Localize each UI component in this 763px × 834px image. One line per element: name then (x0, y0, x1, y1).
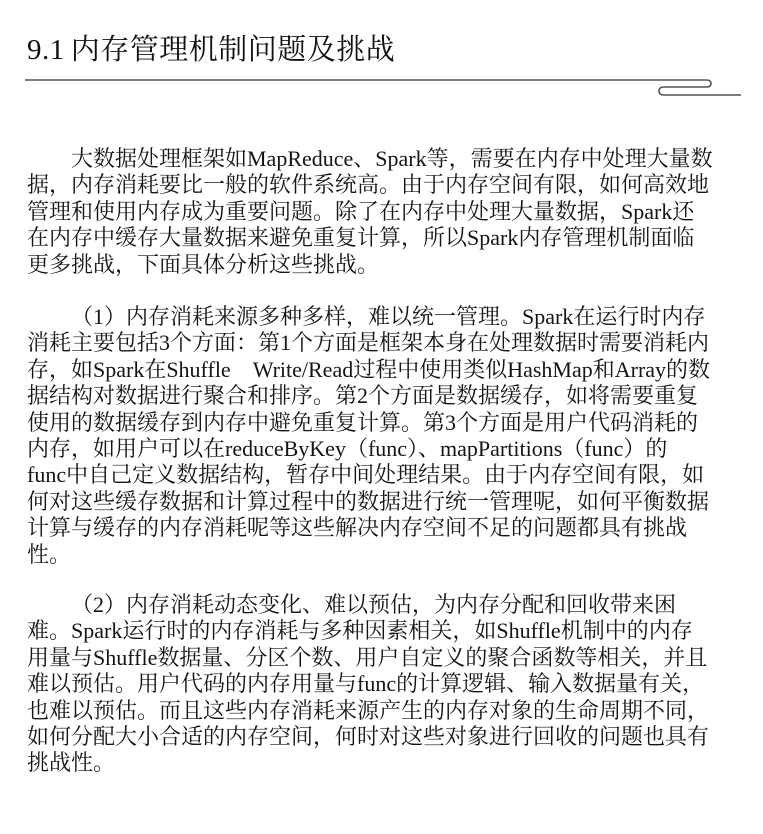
text-line: 据，内存消耗要比一般的软件系统高。由于内存空间有限，如何高效地 (27, 172, 747, 198)
text-line: 也难以预估。而且这些内存消耗来源产生的内存对象的生命周期不同， (27, 698, 747, 724)
text-line: 用量与Shuffle数据量、分区个数、用户自定义的聚合函数等相关，并且 (27, 645, 747, 671)
paragraph-intro: 大数据处理框架如MapReduce、Spark等，需要在内存中处理大量数 据，内… (27, 146, 747, 278)
paragraph-challenge-2: （2）内存消耗动态变化、难以预估，为内存分配和回收带来困 难。Spark运行时的… (27, 592, 747, 777)
text-line: 何对这些缓存数据和计算过程中的数据进行统一管理呢，如何平衡数据 (27, 489, 747, 515)
title-underline-decoration (0, 0, 763, 110)
text-line: （1）内存消耗来源多种多样，难以统一管理。Spark在运行时内存 (27, 304, 747, 330)
text-line: 难以预估。用户代码的内存用量与func的计算逻辑、输入数据量有关， (27, 671, 747, 697)
text-line: 性。 (27, 542, 747, 568)
text-line: 更多挑战，下面具体分析这些挑战。 (27, 252, 747, 278)
text-line: （2）内存消耗动态变化、难以预估，为内存分配和回收带来困 (27, 592, 747, 618)
text-line: 挑战性。 (27, 750, 747, 776)
text-line: 消耗主要包括3个方面：第1个方面是框架本身在处理数据时需要消耗内 (27, 330, 747, 356)
paragraph-challenge-1: （1）内存消耗来源多种多样，难以统一管理。Spark在运行时内存 消耗主要包括3… (27, 304, 747, 568)
text-line: func中自己定义数据结构，暂存中间处理结果。由于内存空间有限，如 (27, 462, 747, 488)
text-line: 据结构对数据进行聚合和排序。第2个方面是数据缓存，如将需要重复 (27, 383, 747, 409)
text-line: 管理和使用内存成为重要问题。除了在内存中处理大量数据，Spark还 (27, 199, 747, 225)
text-line: 在内存中缓存大量数据来避免重复计算，所以Spark内存管理机制面临 (27, 225, 747, 251)
text-line: 内存，如用户可以在reduceByKey（func）、mapPartitions… (27, 436, 747, 462)
text-line: 使用的数据缓存到内存中避免重复计算。第3个方面是用户代码消耗的 (27, 410, 747, 436)
text-line: 大数据处理框架如MapReduce、Spark等，需要在内存中处理大量数 (27, 146, 747, 172)
text-line: 存，如Spark在Shuffle Write/Read过程中使用类似HashMa… (27, 357, 747, 383)
text-line: 计算与缓存的内存消耗呢等这些解决内存空间不足的问题都具有挑战 (27, 515, 747, 541)
text-line: 如何分配大小合适的内存空间，何时对这些对象进行回收的问题也具有 (27, 724, 747, 750)
text-line: 难。Spark运行时的内存消耗与多种因素相关，如Shuffle机制中的内存 (27, 618, 747, 644)
